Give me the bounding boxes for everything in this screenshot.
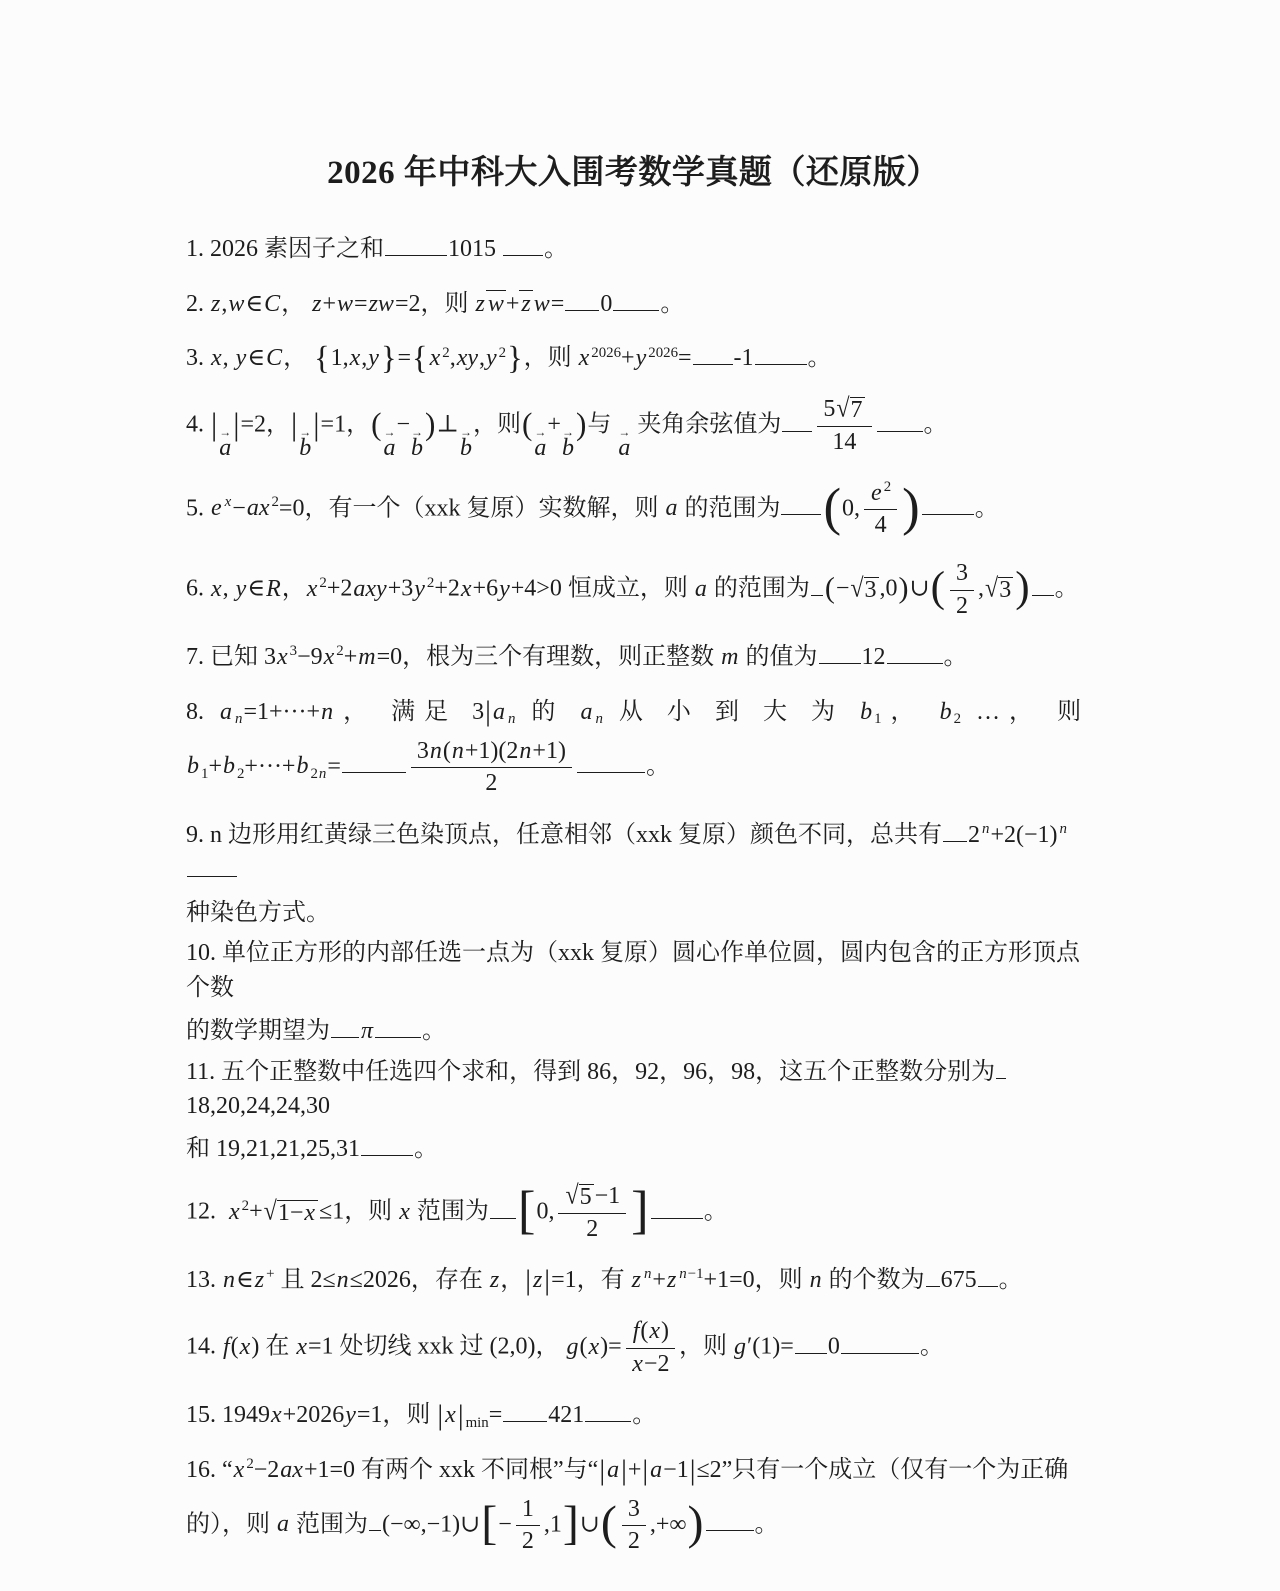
problem-13-line: 13. n∈z+ 且 2≤n≤2026，存在 z，|z|=1，有 zn+zn−1… [186, 1263, 1081, 1298]
text: -1 [734, 345, 754, 371]
superscript: 2 [270, 494, 278, 510]
blank-underline [187, 874, 237, 877]
numerator: 5√7 [817, 396, 871, 427]
text: + [266, 1266, 274, 1282]
text: ( [443, 738, 451, 764]
math-var: x [295, 1334, 308, 1360]
text: ∪ [580, 1511, 600, 1537]
math-var: a [276, 1511, 290, 1537]
text: 6. [186, 576, 210, 602]
blank-underline [795, 1351, 827, 1354]
text: 范围为 [411, 1199, 489, 1225]
math-var: z [532, 1267, 543, 1293]
blank-underline [782, 429, 812, 432]
text: 2 [336, 643, 343, 659]
math-var: n [507, 711, 516, 727]
text: 与 [587, 412, 617, 438]
text: 2 [310, 766, 317, 782]
text: 2 [271, 494, 278, 510]
text: , [223, 345, 235, 371]
math-var: x [233, 1457, 246, 1483]
text: 5. [186, 495, 210, 521]
text: −9 [297, 644, 323, 670]
superscript: 2026 [647, 345, 678, 361]
problem-9: 9. n 边形用红黄绿三色染顶点，任意相邻（xxk 复原）颜色不同，总共有2n+… [186, 818, 1081, 930]
subscript: n [593, 711, 603, 727]
text: 2. [186, 291, 210, 317]
blank-underline [978, 1284, 998, 1287]
text: =1 处切线 xxk 过 (2,0)， [308, 1334, 566, 1360]
text: ， [283, 345, 313, 371]
sqrt-radical: √1−x [264, 1200, 318, 1226]
math-var: y [635, 345, 648, 371]
text: 。 [944, 644, 968, 670]
text: + [208, 753, 222, 779]
math-var: y [367, 345, 380, 371]
text: 14 [832, 429, 856, 455]
radical-sign: √ [836, 396, 849, 423]
text: 1015 [448, 236, 496, 262]
math-var: z [254, 1267, 265, 1293]
text: ≤2026，存在 [350, 1267, 489, 1293]
denominator: 4 [875, 510, 887, 540]
fraction: 3n(n+1)(2n+1)2 [411, 738, 572, 798]
radical-sign: √ [985, 575, 998, 602]
text: 2 [954, 711, 961, 727]
subscript: min [465, 1415, 489, 1431]
text: + [506, 291, 520, 317]
text: =2， [241, 412, 291, 438]
math-var: n [809, 1267, 823, 1293]
text: 。 [704, 1199, 728, 1225]
blank-underline [926, 1284, 940, 1287]
problem-4: 4. |→a|=2，|→b|=1，(→a−→b)⊥→b，则(→a+→b)与 →a… [186, 396, 1081, 460]
math-var: x [306, 576, 319, 602]
blank-underline [819, 661, 861, 664]
text: 的），则 [186, 1511, 276, 1537]
text: ) [661, 1318, 669, 1344]
problem-5-line: 5. ex−ax2=0，有一个（xxk 复原）实数解，则 a 的范围为(0,e2… [186, 480, 1081, 540]
superscript: n [642, 1266, 652, 1282]
blank-underline [922, 512, 974, 515]
text: 1. 2026 素因子之和 [186, 236, 384, 262]
text: 675 [941, 1267, 977, 1293]
math-var: a [492, 699, 506, 725]
text: =1， [321, 412, 371, 438]
text: 3 [417, 738, 429, 764]
text: ,+∞ [650, 1511, 687, 1537]
text: 2 [956, 593, 968, 619]
vector-base: b [411, 436, 423, 460]
text: 2026 [591, 345, 621, 361]
vector-base: a [534, 436, 546, 460]
problem-6-line: 6. x, y∈R，x2+2axy+3y2+2x+6y+4>0 恒成立，则 a … [186, 560, 1081, 620]
text: 7 [851, 397, 863, 423]
text: ， [882, 699, 939, 725]
text: 。 [660, 291, 684, 317]
superscript: + [265, 1266, 274, 1282]
vector: →b [460, 429, 472, 460]
math-var: x [578, 345, 591, 371]
radicand: 5 [579, 1184, 594, 1210]
math-var: C [263, 291, 281, 317]
problem-5: 5. ex−ax2=0，有一个（xxk 复原）实数解，则 a 的范围为(0,e2… [186, 480, 1081, 540]
problem-15-line: 15. 1949x+2026y=1，则 |x|min=421。 [186, 1398, 1081, 1433]
text: 4 [875, 512, 887, 538]
math-var: x [460, 576, 473, 602]
denominator: 2 [956, 591, 968, 621]
superscript: n [1058, 821, 1068, 837]
superscript: 2 [335, 643, 343, 659]
text: 。 [544, 236, 568, 262]
problem-12-line: 12. x2+√1−x≤1，则 x 范围为[0,√5−12]。 [186, 1183, 1081, 1243]
math-var: a [219, 699, 233, 725]
text: 4. [186, 412, 210, 438]
text: 2 [586, 1216, 598, 1242]
math-var: xy [456, 345, 479, 371]
text: = [489, 1402, 503, 1428]
math-var: x [239, 1334, 252, 1360]
text: ≤1，则 [319, 1199, 398, 1225]
fraction: f(x)x−2 [626, 1318, 675, 1378]
text: 的值为 [740, 644, 818, 670]
text: −1 [595, 1183, 621, 1209]
text: ) 在 [251, 1334, 295, 1360]
math-var: g [566, 1334, 580, 1360]
blank-underline [841, 1351, 919, 1354]
overline-conjugate: z [519, 290, 532, 317]
text: +1)(2 [465, 738, 519, 764]
text: 15. 1949 [186, 1402, 270, 1428]
fraction: 32 [950, 560, 974, 620]
text: = [398, 345, 412, 371]
text: =1，则 [357, 1402, 437, 1428]
denominator: 2 [628, 1526, 640, 1556]
vector: →a [383, 429, 395, 460]
text: 2 [485, 770, 497, 796]
text: =1，有 [551, 1267, 631, 1293]
radical-sign: √ [850, 575, 863, 602]
problem-3: 3. x, y∈C， {1,x,y}={x2,xy,y2}，则 x2026+y2… [186, 341, 1081, 376]
text: 和 19,21,21,25,31 [186, 1136, 360, 1162]
text: ∈ [247, 576, 265, 602]
vector: →b [299, 429, 311, 460]
numerator: 3 [950, 560, 974, 591]
vector-base: b [299, 436, 311, 460]
text: 。 [975, 495, 999, 521]
problem-4-line: 4. |→a|=2，|→b|=1，(→a−→b)⊥→b，则(→a+→b)与 →a… [186, 396, 1081, 460]
math-var: a [664, 495, 678, 521]
subscript: n [233, 711, 243, 727]
text: 3 [956, 560, 968, 586]
math-var: x [429, 345, 442, 371]
page-title: 2026 年中科大入围考数学真题（还原版） [186, 150, 1081, 198]
math-var: m [357, 644, 376, 670]
math-var: ax [246, 495, 271, 521]
math-var: g [733, 1334, 747, 1360]
numerator: 3n(n+1)(2n+1) [411, 738, 572, 769]
text: 且 2≤ [275, 1267, 336, 1293]
text: 。 [646, 753, 670, 779]
text: 的 [516, 699, 579, 725]
math-var: n [594, 711, 603, 727]
blank-underline [503, 253, 543, 256]
fraction: √5−12 [558, 1183, 626, 1243]
problem-9-line: 9. n 边形用红黄绿三色染顶点，任意相邻（xxk 复原）颜色不同，总共有2n+… [186, 818, 1081, 888]
blank-underline [361, 1153, 413, 1156]
radical-sign: √ [565, 1182, 578, 1209]
math-var: x [631, 1351, 644, 1377]
math-var: ax [279, 1457, 304, 1483]
text: 2026 [648, 345, 678, 361]
blank-underline [755, 362, 807, 365]
text: ， [282, 576, 306, 602]
text: ∈ [236, 1267, 254, 1293]
blank-underline [877, 429, 923, 432]
blank-underline [503, 1419, 547, 1422]
radicand: 3 [998, 577, 1013, 603]
math-var: w [336, 291, 354, 317]
denominator: 2 [522, 1526, 534, 1556]
math-var: x [349, 345, 362, 371]
math-var: a [579, 699, 593, 725]
text: + [652, 1267, 666, 1293]
math-var: n [1059, 821, 1068, 837]
math-var: x [270, 1402, 283, 1428]
text: 2 [319, 575, 326, 591]
text: − [232, 495, 246, 521]
blank-underline [996, 1076, 1006, 1079]
text: , [223, 576, 235, 602]
superscript: 2 [318, 575, 326, 591]
text: ，则 [473, 412, 521, 438]
text: 2 [884, 479, 891, 495]
math-var: z [489, 1267, 500, 1293]
math-var: x [588, 1334, 601, 1360]
text: ， [500, 1267, 524, 1293]
problem-10: 10. 单位正方形的内部任选一点为（xxk 复原）圆心作单位圆，圆内包含的正方形… [186, 936, 1081, 1048]
text: ∈ [247, 345, 265, 371]
text: …， 则 [961, 699, 1081, 725]
text: 8. [186, 699, 219, 725]
math-var: f [222, 1334, 231, 1360]
problem-10-line: 10. 单位正方形的内部任选一点为（xxk 复原）圆心作单位圆，圆内包含的正方形… [186, 936, 1081, 1006]
sqrt-radical: √5 [565, 1184, 593, 1210]
text: ，则 [524, 345, 578, 371]
math-var: x [398, 1199, 411, 1225]
text: 18,20,24,24,30 [186, 1093, 330, 1119]
math-var: zw [368, 291, 395, 317]
text: 0 [828, 1334, 840, 1360]
text: +2026 [283, 1402, 345, 1428]
text: 421 [548, 1402, 584, 1428]
blank-underline [943, 839, 967, 842]
text: ,1 [544, 1511, 562, 1537]
text: = [678, 345, 692, 371]
subscript: n [506, 711, 516, 727]
text: 5 [823, 396, 835, 422]
text: 。 [755, 1511, 779, 1537]
math-var: R [265, 576, 282, 602]
blank-underline [613, 308, 659, 311]
math-var: a [694, 576, 708, 602]
superscript: x [223, 494, 233, 510]
text: ( [580, 1334, 588, 1360]
text: ,0 [880, 576, 898, 602]
problem-8: 8. an=1+···+n， 满足 3|an 的 an 从 小 到 大 为 b1… [186, 695, 1081, 798]
text: − [396, 412, 410, 438]
math-var: y [485, 345, 498, 371]
subscript: 1 [873, 711, 881, 727]
blank-underline [811, 593, 823, 596]
blank-underline [369, 1528, 381, 1531]
superscript: n [980, 821, 990, 837]
problem-6: 6. x, y∈R，x2+2axy+3y2+2x+6y+4>0 恒成立，则 a … [186, 560, 1081, 620]
problem-8-line: b1+b2+···+b2n=3n(n+1)(2n+1)2。 [186, 738, 1081, 798]
text: ⊥ [436, 412, 459, 438]
denominator: 14 [832, 427, 856, 457]
text: +3 [388, 576, 414, 602]
superscript: n−1 [677, 1266, 703, 1282]
text: =0，根为三个有理数，则正整数 [377, 644, 721, 670]
text: +2 [327, 576, 353, 602]
text: 3 [290, 643, 297, 659]
math-var: y [498, 576, 511, 602]
text: =2，则 [395, 291, 475, 317]
text: 9. n 边形用红黄绿三色染顶点，任意相邻（xxk 复原）颜色不同，总共有 [186, 822, 942, 848]
text: + [621, 345, 635, 371]
text: = [327, 753, 341, 779]
math-var: w [487, 291, 505, 317]
math-var: n [643, 1266, 652, 1282]
problem-1: 1. 2026 素因子之和1015。 [186, 232, 1081, 267]
text: 0, [536, 1199, 554, 1225]
text: 3 [999, 577, 1011, 603]
blank-underline [490, 1216, 516, 1219]
vector-base: a [618, 436, 630, 460]
superscript: 2 [883, 479, 891, 495]
problem-14-line: 14. f(x) 在 x=1 处切线 xxk 过 (2,0)， g(x)=f(x… [186, 1318, 1081, 1378]
text: ∈ [245, 291, 263, 317]
superscript: 2026 [590, 345, 621, 361]
text: 2 [522, 1528, 534, 1554]
numerator: √5−1 [558, 1183, 626, 1214]
text: 1, [331, 345, 349, 371]
text: ，则 [679, 1334, 733, 1360]
text: + [547, 412, 561, 438]
text: 范围为 [290, 1511, 368, 1537]
text: +4>0 恒成立，则 [511, 576, 694, 602]
vector-base: a [219, 436, 231, 460]
blank-underline [385, 253, 447, 256]
text: −1 [688, 1266, 704, 1282]
blank-underline [651, 1216, 703, 1219]
text: )= [600, 1334, 622, 1360]
math-var: x [276, 644, 289, 670]
vector-base: b [460, 436, 472, 460]
subscript: 2n [309, 766, 327, 782]
text: − [498, 1511, 512, 1537]
problem-16: 16. “x2−2ax+1=0 有两个 xxk 不同根”与“|a|+|a−1|≤… [186, 1453, 1081, 1556]
problem-16-line: 的），则 a 范围为(−∞,−1)∪[−12,1]∪(32,+∞)。 [186, 1496, 1081, 1556]
text: +6 [473, 576, 499, 602]
text: =1+···+ [243, 699, 320, 725]
sqrt-radical: √3 [985, 577, 1013, 603]
math-var: z [520, 291, 531, 317]
math-var: x [444, 1402, 457, 1428]
superscript: 2 [498, 345, 506, 361]
blank-underline [706, 1528, 754, 1531]
document-page: 2026 年中科大入围考数学真题（还原版） 1. 2026 素因子之和1015。… [0, 0, 1280, 1591]
problem-9-line: 种染色方式。 [186, 896, 1081, 931]
text: ， 满足 3 [334, 699, 484, 725]
math-var: axy [352, 576, 387, 602]
text: = [551, 291, 565, 317]
text: + [344, 644, 358, 670]
text: 。 [1055, 576, 1079, 602]
math-var: z [210, 291, 221, 317]
text: ′(1)= [747, 1334, 794, 1360]
math-var: b [222, 753, 236, 779]
problem-2-line: 2. z,w∈C， z+w=zw=2，则 zw+zw=0。 [186, 287, 1081, 322]
math-var: n [222, 1267, 236, 1293]
fraction: 32 [622, 1496, 646, 1556]
text: +1) [532, 738, 566, 764]
text: 1− [278, 1200, 304, 1226]
problem-14: 14. f(x) 在 x=1 处切线 xxk 过 (2,0)， g(x)=f(x… [186, 1318, 1081, 1378]
text: +1=0，则 [704, 1267, 809, 1293]
text: 从 小 到 大 为 [604, 699, 859, 725]
blank-underline [342, 770, 406, 773]
text: 2 [246, 1456, 253, 1472]
numerator: 3 [622, 1496, 646, 1527]
blank-underline [577, 770, 645, 773]
numerator: e2 [864, 480, 897, 511]
math-var: n [429, 738, 443, 764]
vector: →a [534, 429, 546, 460]
math-var: C [265, 345, 283, 371]
text: 13. [186, 1267, 222, 1293]
text: (−∞,−1)∪ [382, 1511, 480, 1537]
math-var: b [939, 699, 953, 725]
text: 11. 五个正整数中任选四个求和，得到 86，92，96，98，这五个正整数分别… [186, 1059, 995, 1085]
blank-underline [375, 1035, 421, 1038]
text: ( [231, 1334, 239, 1360]
math-var: x [323, 644, 336, 670]
denominator: 2 [485, 768, 497, 798]
math-var: w [533, 291, 551, 317]
text: 3. [186, 345, 210, 371]
text: 5 [580, 1184, 592, 1210]
problem-10-line: 的数学期望为π。 [186, 1014, 1081, 1049]
numerator: 1 [516, 1496, 540, 1527]
math-var: x [303, 1200, 316, 1226]
blank-underline [693, 362, 733, 365]
vector: →b [562, 429, 574, 460]
math-var: x [648, 1318, 661, 1344]
text: 2 [442, 345, 449, 361]
text: 3 [628, 1496, 640, 1522]
problem-7-line: 7. 已知 3x3−9x2+m=0，根为三个有理数，则正整数 m 的值为12。 [186, 640, 1081, 675]
math-var: z [631, 1267, 642, 1293]
math-var: π [360, 1018, 374, 1044]
text: +1=0 有两个 xxk 不同根”与“ [304, 1457, 598, 1483]
numerator: f(x) [626, 1318, 675, 1349]
sqrt-radical: √3 [850, 577, 878, 603]
text: 。 [920, 1334, 944, 1360]
text: 。 [632, 1402, 656, 1428]
math-var: x [210, 345, 223, 371]
